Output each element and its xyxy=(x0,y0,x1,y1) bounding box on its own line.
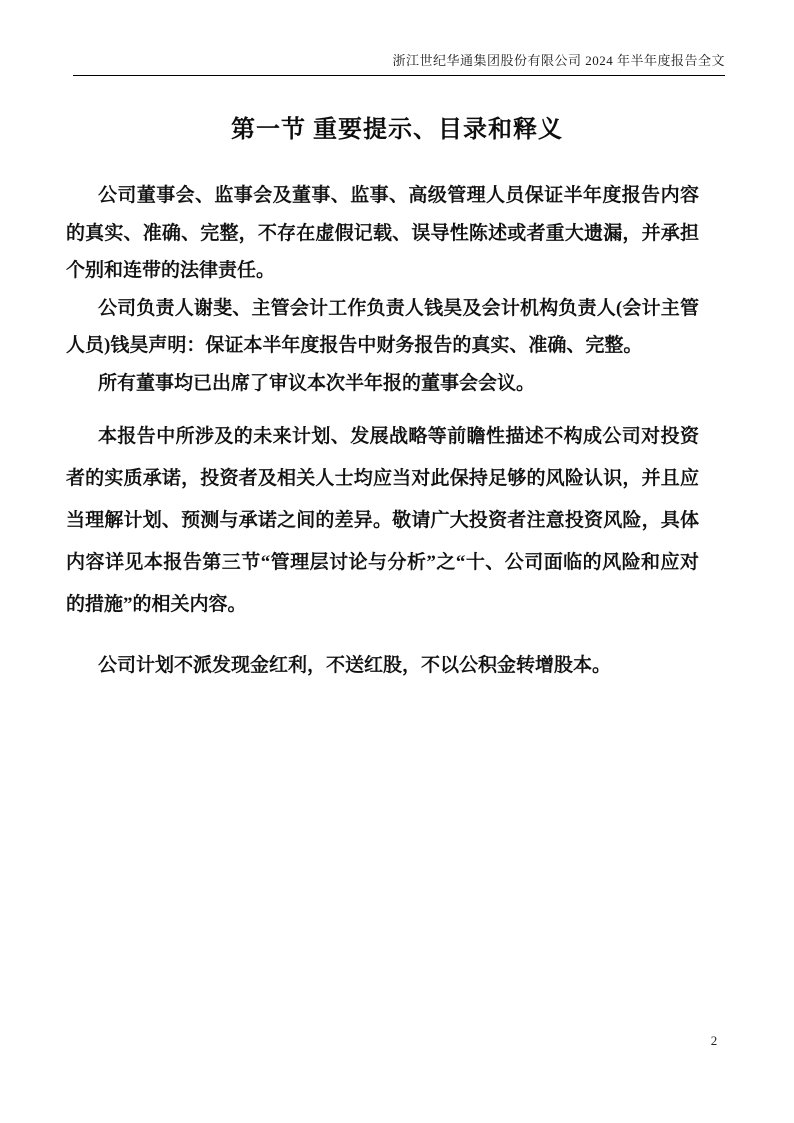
page-header: 浙江世纪华通集团股份有限公司 2024 年半年度报告全文 xyxy=(73,50,725,76)
document-body: 公司董事会、监事会及董事、监事、高级管理人员保证半年度报告内容的真实、准确、完整… xyxy=(66,177,699,685)
report-page: 浙江世纪华通集团股份有限公司 2024 年半年度报告全文 第一节 重要提示、目录… xyxy=(0,0,794,1123)
paragraph-board-statement: 公司董事会、监事会及董事、监事、高级管理人员保证半年度报告内容的真实、准确、完整… xyxy=(66,177,699,290)
paragraph-attendance: 所有董事均已出席了审议本次半年报的董事会会议。 xyxy=(66,365,699,403)
paragraph-dividend-plan: 公司计划不派发现金红利，不送红股，不以公积金转增股本。 xyxy=(66,647,699,685)
paragraph-forward-looking: 本报告中所涉及的未来计划、发展战略等前瞻性描述不构成公司对投资者的实质承诺，投资… xyxy=(66,416,699,626)
header-text: 浙江世纪华通集团股份有限公司 2024 年半年度报告全文 xyxy=(392,53,725,68)
section-title: 第一节 重要提示、目录和释义 xyxy=(0,109,794,144)
page-number: 2 xyxy=(700,1033,728,1049)
paragraph-responsible-persons: 公司负责人谢斐、主管会计工作负责人钱昊及会计机构负责人(会计主管人员)钱昊声明：… xyxy=(66,290,699,365)
